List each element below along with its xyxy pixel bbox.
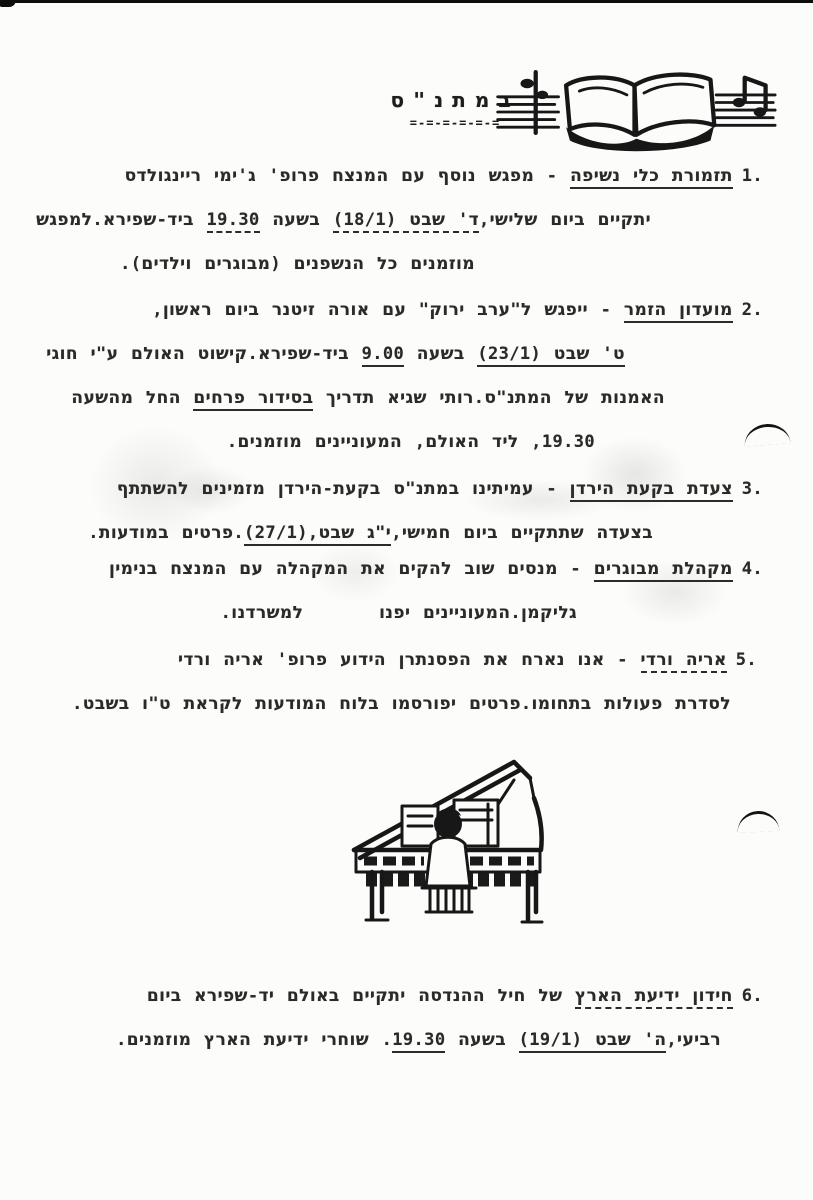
pianist-grand-piano-icon: [338, 752, 566, 932]
underlined-text-segment: ט' שבט (23/1): [477, 344, 625, 367]
text-segment: בשעה: [445, 1030, 518, 1050]
text-segment: 19.30, ליד האולם, המעוניינים מוזמנים.: [227, 432, 595, 452]
text-line: 4.מקהלת מבוגרים - מנסים שוב להקים את המק…: [40, 549, 763, 593]
text-line: גליקמן.המעוניינים יפנו למשרדנו.: [40, 593, 577, 637]
text-line: 6.חידון ידיעת הארץ של חיל ההנדסה יתקיים …: [40, 976, 763, 1020]
bulletin-item: 1.תזמורת כלי נשיפה - מפגש נוסף עם המנצח …: [40, 156, 763, 288]
text-line: 3.צעדת בקעת הירדן - עמיתינו במתנ"ס בקעת-…: [40, 469, 763, 513]
item-number: 3.: [742, 469, 763, 509]
text-segment: החל מהשעה: [71, 388, 193, 408]
text-line: 19.30, ליד האולם, המעוניינים מוזמנים.: [40, 422, 595, 466]
bulletin-item: 6.חידון ידיעת הארץ של חיל ההנדסה יתקיים …: [40, 976, 763, 1064]
underlined-text-segment: מקהלת מבוגרים: [594, 559, 733, 582]
text-segment: בשעה: [404, 344, 477, 364]
text-segment: ביד-שפירא.למפגש: [36, 210, 206, 230]
underlined-text-segment: אריה ורדי: [641, 650, 727, 673]
text-segment: בצעדה שתתקיים ביום חמישי,: [391, 523, 653, 543]
text-segment: מוזמנים כל הנשפנים (מבוגרים וילדים).: [120, 254, 475, 274]
text-segment: - עמיתינו במתנ"ס בקעת-הירדן מזמינים להשת…: [117, 479, 570, 499]
text-line: רביעי,ה' שבט (19/1) בשעה 19.30. שוחרי יד…: [40, 1020, 721, 1064]
item-number: 6.: [742, 976, 763, 1016]
underlined-text-segment: 9.00: [362, 344, 405, 367]
underlined-text-segment: בסידור פרחים: [193, 388, 313, 411]
item-number: 1.: [742, 156, 763, 196]
text-segment: - אנו נארח את הפסנתרן הידוע פרופ' אריה ו…: [178, 650, 641, 670]
bulletin-items: 1.תזמורת כלי נשיפה - מפגש נוסף עם המנצח …: [0, 0, 813, 1200]
text-line: לסדרת פעולות בתחומו.פרטים יפורסמו בלוח ה…: [40, 684, 731, 728]
text-segment: רביעי,: [666, 1030, 721, 1050]
underlined-text-segment: צעדת בקעת הירדן: [570, 479, 733, 502]
text-segment: בשעה: [260, 210, 333, 230]
text-line: מוזמנים כל הנשפנים (מבוגרים וילדים).: [40, 244, 475, 288]
underlined-text-segment: י"ג שבט,(27/1): [244, 523, 391, 546]
underlined-text-segment: חידון ידיעת הארץ: [575, 986, 733, 1009]
text-segment: ביד-שפירא.קישוט האולם ע"י חוגי: [46, 344, 361, 364]
text-segment: של חיל ההנדסה יתקיים באולם יד-שפירא ביום: [147, 986, 575, 1006]
text-segment: גליקמן.המעוניינים יפנו למשרדנו.: [221, 603, 577, 623]
item-number: 5.: [736, 640, 757, 680]
text-line: 1.תזמורת כלי נשיפה - מפגש נוסף עם המנצח …: [40, 156, 763, 200]
underlined-text-segment: ד' שבט (18/1): [333, 210, 479, 233]
bulletin-item: 2.מועדון הזמר - ייפגש ל"ערב ירוק" עם אור…: [40, 290, 763, 466]
scanned-bulletin-page: במתנ"ס =-=-=-=-=-= 1.תזמורת כלי נשיפה - …: [0, 0, 813, 1200]
underlined-text-segment: 19.30: [207, 210, 260, 233]
underlined-text-segment: מועדון הזמר: [624, 300, 733, 323]
text-segment: לסדרת פעולות בתחומו.פרטים יפורסמו בלוח ה…: [72, 694, 731, 714]
text-line: האמנות של המתנ"ס.רותי שגיא תדריך בסידור …: [40, 378, 665, 422]
item-number: 4.: [742, 549, 763, 589]
underlined-text-segment: 19.30: [392, 1030, 445, 1053]
text-segment: - מפגש נוסף עם המנצח פרופ' ג'ימי ריינגול…: [125, 166, 571, 186]
text-segment: - מנסים שוב להקים את המקהלה עם המנצח בני…: [109, 559, 594, 579]
text-line: יתקיים ביום שלישי,ד' שבט (18/1) בשעה 19.…: [40, 200, 651, 244]
bulletin-item: 3.צעדת בקעת הירדן - עמיתינו במתנ"ס בקעת-…: [40, 469, 763, 557]
bulletin-item: 5.אריה ורדי - אנו נארח את הפסנתרן הידוע …: [40, 640, 763, 728]
text-segment: יתקיים ביום שלישי,: [479, 210, 651, 230]
text-line: 2.מועדון הזמר - ייפגש ל"ערב ירוק" עם אור…: [40, 290, 763, 334]
bulletin-item: 4.מקהלת מבוגרים - מנסים שוב להקים את המק…: [40, 549, 763, 637]
text-segment: - ייפגש ל"ערב ירוק" עם אורה זיטנר ביום ר…: [152, 300, 624, 320]
text-line: ט' שבט (23/1) בשעה 9.00 ביד-שפירא.קישוט …: [40, 334, 625, 378]
text-line: 5.אריה ורדי - אנו נארח את הפסנתרן הידוע …: [40, 640, 757, 684]
underlined-text-segment: תזמורת כלי נשיפה: [570, 166, 733, 189]
underlined-text-segment: ה' שבט (19/1): [519, 1030, 667, 1053]
item-number: 2.: [742, 290, 763, 330]
text-segment: .פרטים במודעות.: [88, 523, 244, 543]
text-segment: האמנות של המתנ"ס.רותי שגיא תדריך: [313, 388, 665, 408]
text-segment: . שוחרי ידיעת הארץ מוזמנים.: [116, 1030, 392, 1050]
